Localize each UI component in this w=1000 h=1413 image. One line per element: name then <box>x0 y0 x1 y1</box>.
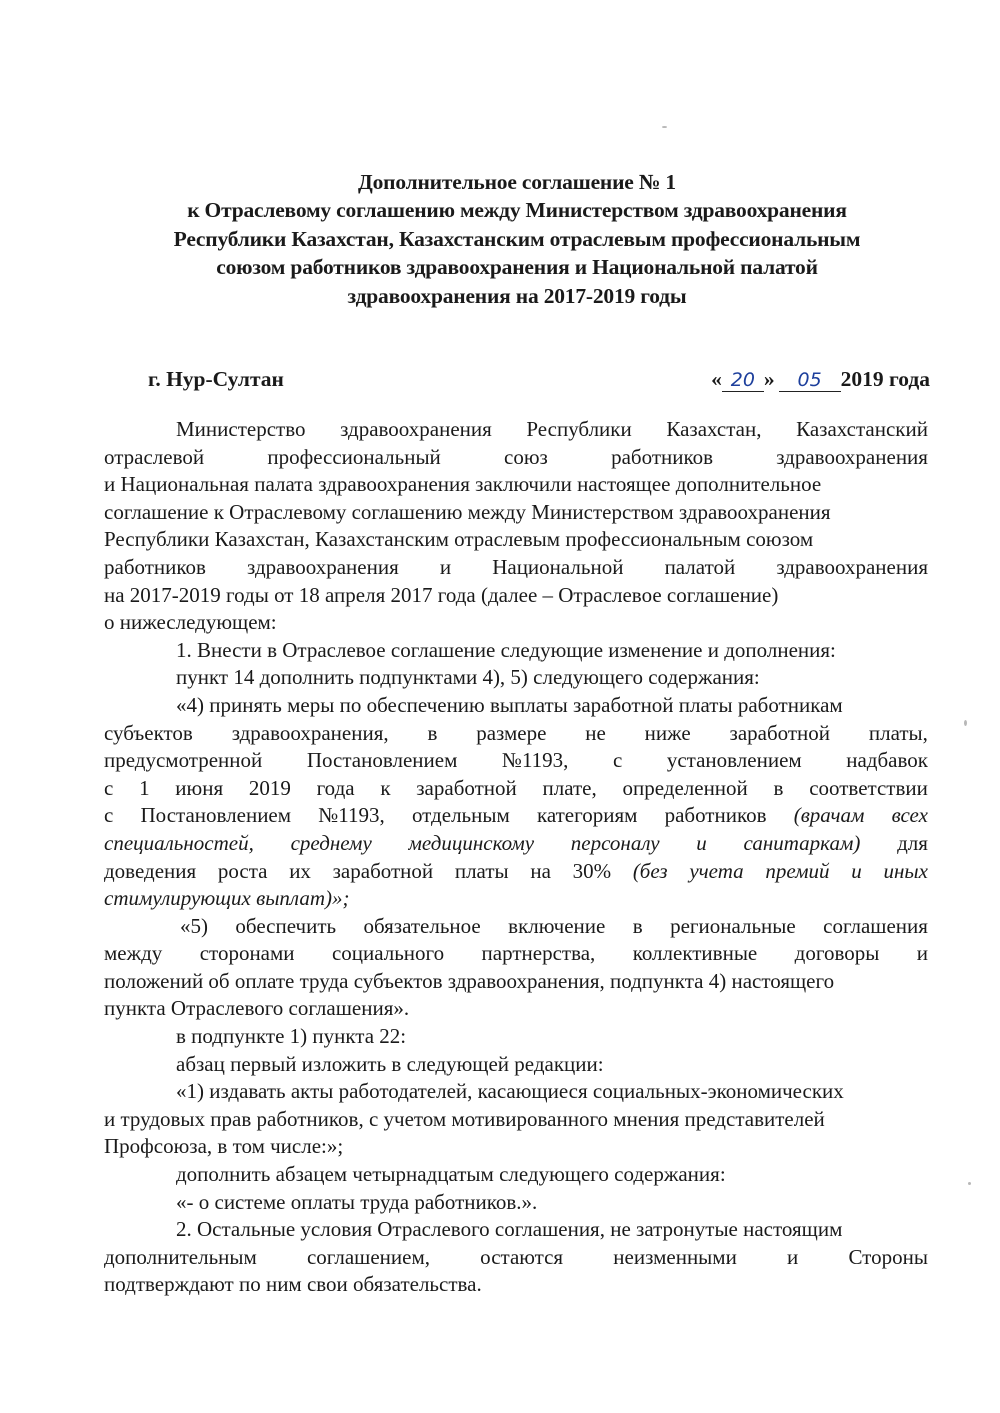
word: Казахстанский <box>796 416 928 444</box>
word: категориям <box>537 802 637 830</box>
word: региональные <box>670 913 796 941</box>
word: Республики <box>526 416 631 444</box>
text: положений об оплате труда субъектов здра… <box>104 968 834 996</box>
subpoint4-line: стимулирующих выплат)»; <box>104 885 928 913</box>
italic-word: (врачам <box>794 802 865 830</box>
text: в подпункте 1) пункта 22: <box>176 1023 406 1051</box>
word: установлением <box>667 747 802 775</box>
word: на <box>530 858 551 886</box>
word: с <box>613 747 622 775</box>
word: между <box>104 940 162 968</box>
word: с <box>104 775 113 803</box>
subpoint4-line: «4) принять меры по обеспечению выплаты … <box>104 692 928 720</box>
point22-add-text: «- о системе оплаты труда работников.». <box>104 1189 928 1217</box>
text: о нижеследующем: <box>104 609 277 637</box>
item2-line: дополнительным соглашением, остаются неи… <box>104 1244 928 1272</box>
word: июня <box>175 775 223 803</box>
word: «5) <box>180 913 208 941</box>
word: года <box>317 775 355 803</box>
word: роста <box>218 858 268 886</box>
subpoint4-line: с Постановлением №1193, отдельным катего… <box>104 802 928 830</box>
text: дополнить абзацем четырнадцатым следующе… <box>176 1161 726 1189</box>
word: обеспечить <box>235 913 336 941</box>
word: отдельным <box>412 802 510 830</box>
word: союз <box>504 444 548 472</box>
text: подтверждают по ним свои обязательства. <box>104 1271 482 1299</box>
text: «1) издавать акты работодателей, касающи… <box>176 1078 844 1106</box>
word: работников <box>611 444 713 472</box>
subpoint4-line: предусмотренной Постановлением №1193, с … <box>104 747 928 775</box>
subpoint5-line: «5) обеспечить обязательное включение в … <box>104 913 928 941</box>
document-body: Министерство здравоохранения Республики … <box>104 416 928 1299</box>
title-line: к Отраслевому соглашению между Министерс… <box>100 196 934 224</box>
italic-word: и <box>696 830 707 858</box>
year: 2019 года <box>841 367 930 391</box>
preamble-line: отраслевой профессиональный союз работни… <box>104 444 928 472</box>
text: 1. Внести в Отраслевое соглашение следую… <box>176 637 836 665</box>
handwritten-month: 05 <box>779 369 841 392</box>
text: и Национальная палата здравоохранения за… <box>104 471 821 499</box>
word: Стороны <box>848 1244 927 1272</box>
city: г. Нур-Султан <box>148 364 284 394</box>
word: Постановлением <box>307 747 458 775</box>
word: 30% <box>573 858 612 886</box>
word: дополнительным <box>104 1244 257 1272</box>
word: не <box>585 720 606 748</box>
italic-word: медицинскому <box>409 830 535 858</box>
word: Министерство <box>176 416 305 444</box>
word: здравоохранения <box>776 554 928 582</box>
text: абзац первый изложить в следующей редакц… <box>176 1051 604 1079</box>
text: соглашение к Отраслевому соглашению межд… <box>104 499 831 527</box>
word: работников <box>104 554 206 582</box>
word: предусмотренной <box>104 747 262 775</box>
point22-heading: в подпункте 1) пункта 22: <box>104 1023 928 1051</box>
word: заработной <box>416 775 517 803</box>
word: соответствии <box>809 775 928 803</box>
subpoint5-line: положений об оплате труда субъектов здра… <box>104 968 928 996</box>
document-title: Дополнительное соглашение № 1 к Отраслев… <box>100 168 934 310</box>
scan-speck <box>964 720 967 726</box>
preamble-line: Республики Казахстан, Казахстанским отра… <box>104 526 928 554</box>
preamble-line: работников здравоохранения и Национально… <box>104 554 928 582</box>
word: палатой <box>665 554 736 582</box>
document-page: Дополнительное соглашение № 1 к Отраслев… <box>0 0 1000 1413</box>
text: пункт 14 дополнить подпунктами 4), 5) сл… <box>176 664 760 692</box>
word: включение <box>508 913 605 941</box>
word: заработной <box>730 720 831 748</box>
word: платы <box>455 858 509 886</box>
italic-word: специальностей, <box>104 830 254 858</box>
word: и <box>787 1244 798 1272</box>
preamble-line: о нижеследующем: <box>104 609 928 637</box>
point22-add-instruction: дополнить абзацем четырнадцатым следующе… <box>104 1161 928 1189</box>
word: Постановлением <box>141 802 292 830</box>
subpoint5-line: пункта Отраслевого соглашения». <box>104 995 928 1023</box>
title-line: союзом работников здравоохранения и Наци… <box>100 253 934 281</box>
text: и трудовых прав работников, с учетом мот… <box>104 1106 825 1134</box>
handwritten-day: 20 <box>722 369 764 392</box>
word: социального <box>332 940 444 968</box>
word: надбавок <box>846 747 928 775</box>
word: Национальной <box>492 554 623 582</box>
italic-word: среднему <box>291 830 372 858</box>
word: №1193, <box>318 802 385 830</box>
open-quote: « <box>711 367 722 391</box>
word: соглашения <box>823 913 928 941</box>
item2-line: 2. Остальные условия Отраслевого соглаше… <box>104 1216 928 1244</box>
word: здравоохранения <box>247 554 399 582</box>
subpoint4-line: субъектов здравоохранения, в размере не … <box>104 720 928 748</box>
word: заработной <box>333 858 434 886</box>
word: неизменными <box>613 1244 737 1272</box>
word: 1 <box>139 775 150 803</box>
word: и <box>440 554 451 582</box>
word: здравоохранения <box>340 416 492 444</box>
word: доведения <box>104 858 196 886</box>
word: 2019 <box>249 775 291 803</box>
italic-word: и <box>851 858 862 886</box>
place-and-date: г. Нур-Султан «20»052019 года <box>148 364 930 394</box>
word: партнерства, <box>482 940 596 968</box>
word: их <box>289 858 311 886</box>
text: «4) принять меры по обеспечению выплаты … <box>176 692 843 720</box>
title-line: здравоохранения на 2017-2019 годы <box>100 282 934 310</box>
word: сторонами <box>200 940 295 968</box>
word: остаются <box>480 1244 563 1272</box>
word: обязательное <box>363 913 480 941</box>
word: коллективные <box>633 940 758 968</box>
preamble-line: на 2017-2019 годы от 18 апреля 2017 года… <box>104 582 928 610</box>
word: в <box>774 775 784 803</box>
word: для <box>897 830 928 858</box>
subpoint4-line: с 1 июня 2019 года к заработной плате, о… <box>104 775 928 803</box>
text: пункта Отраслевого соглашения». <box>104 995 409 1023</box>
italic-word: учета <box>689 858 743 886</box>
italic-word: персоналу <box>571 830 660 858</box>
word: №1193, <box>502 747 569 775</box>
point22-line: и трудовых прав работников, с учетом мот… <box>104 1106 928 1134</box>
word: профессиональный <box>267 444 440 472</box>
word: отраслевой <box>104 444 204 472</box>
text: на 2017-2019 годы от 18 апреля 2017 года… <box>104 582 778 610</box>
scan-speck <box>968 1182 971 1185</box>
point22-line: «1) издавать акты работодателей, касающи… <box>104 1078 928 1106</box>
preamble-line: соглашение к Отраслевому соглашению межд… <box>104 499 928 527</box>
word: работников <box>665 802 767 830</box>
point22-line: Профсоюза, в том числе:»; <box>104 1133 928 1161</box>
item1-heading: 1. Внести в Отраслевое соглашение следую… <box>104 637 928 665</box>
word: плате, <box>543 775 597 803</box>
item1-subheading: пункт 14 дополнить подпунктами 4), 5) сл… <box>104 664 928 692</box>
subpoint5-line: между сторонами социального партнерства,… <box>104 940 928 968</box>
word: с <box>104 802 113 830</box>
italic-word: всех <box>892 802 928 830</box>
word: платы, <box>869 720 928 748</box>
word: и <box>917 940 928 968</box>
word: ниже <box>645 720 691 748</box>
word: размере <box>476 720 546 748</box>
preamble-line: Министерство здравоохранения Республики … <box>104 416 928 444</box>
word: здравоохранения <box>776 444 928 472</box>
word: в <box>427 720 437 748</box>
text: «- о системе оплаты труда работников.». <box>176 1189 537 1217</box>
word: к <box>380 775 390 803</box>
word: соглашением, <box>307 1244 430 1272</box>
title-line: Дополнительное соглашение № 1 <box>100 168 934 196</box>
close-quote: » <box>764 367 775 391</box>
text: Профсоюза, в том числе:»; <box>104 1133 343 1161</box>
word: субъектов <box>104 720 193 748</box>
italic-word: санитаркам) <box>744 830 861 858</box>
title-line: Республики Казахстан, Казахстанским отра… <box>100 225 934 253</box>
italic-word: иных <box>883 858 927 886</box>
word: договоры <box>795 940 880 968</box>
scan-speck <box>662 126 667 128</box>
word: определенной <box>622 775 747 803</box>
subpoint4-line: доведения роста их заработной платы на 3… <box>104 858 928 886</box>
italic-text: стимулирующих выплат)»; <box>104 885 349 913</box>
text: 2. Остальные условия Отраслевого соглаше… <box>176 1216 842 1244</box>
item2-line: подтверждают по ним свои обязательства. <box>104 1271 928 1299</box>
signing-date: «20»052019 года <box>711 364 930 394</box>
subpoint4-line: специальностей, среднему медицинскому пе… <box>104 830 928 858</box>
point22-instruction: абзац первый изложить в следующей редакц… <box>104 1051 928 1079</box>
text: Республики Казахстан, Казахстанским отра… <box>104 526 813 554</box>
italic-word: (без <box>633 858 668 886</box>
word: Казахстан, <box>666 416 761 444</box>
word: в <box>633 913 643 941</box>
italic-word: премий <box>765 858 829 886</box>
preamble-line: и Национальная палата здравоохранения за… <box>104 471 928 499</box>
word: здравоохранения, <box>232 720 389 748</box>
